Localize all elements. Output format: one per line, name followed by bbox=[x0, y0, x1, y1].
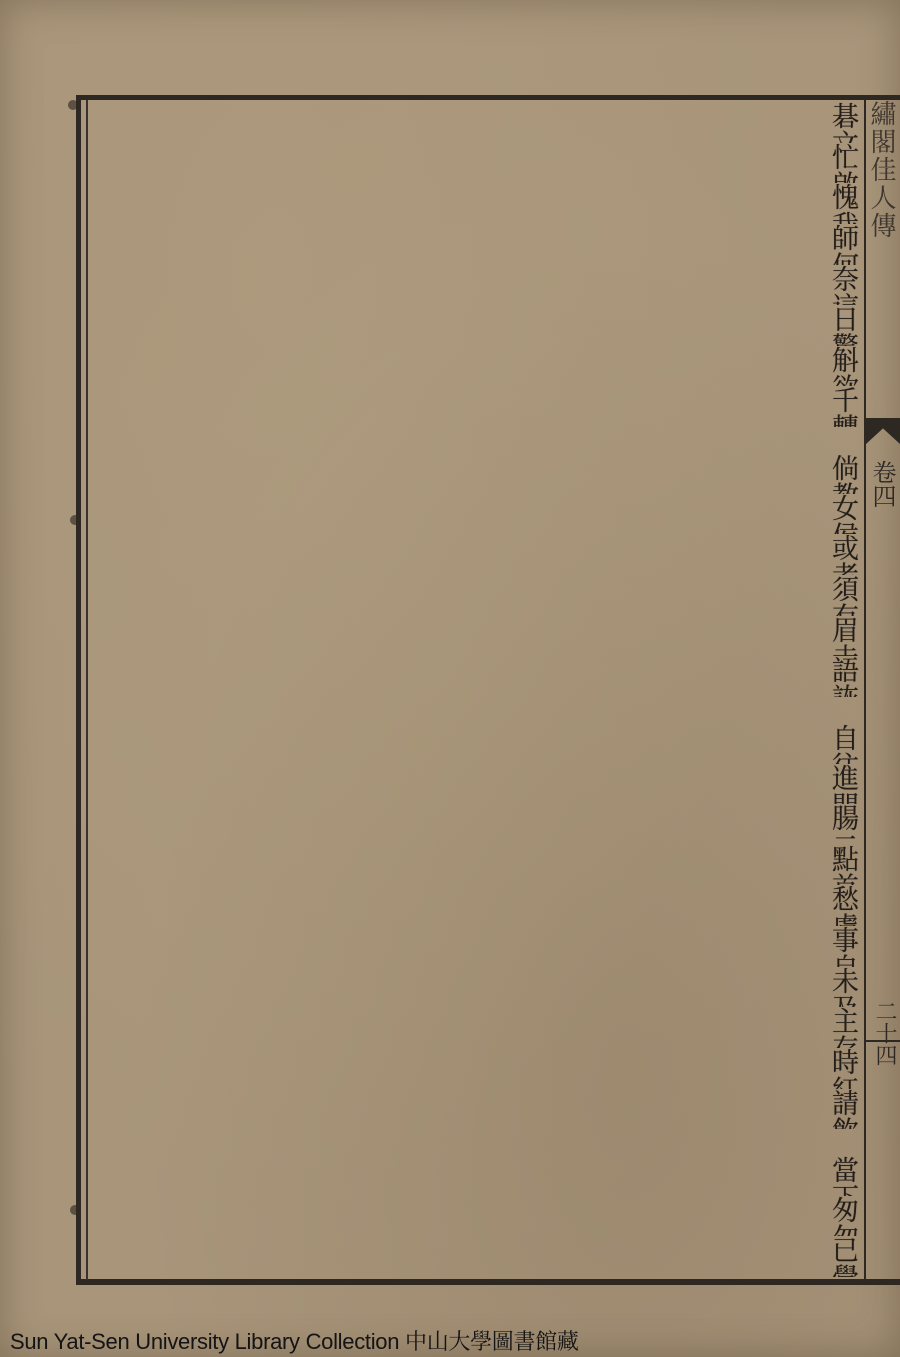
text-column: 進門適值二姨娘探望霞郎也在堂俱各起身忙讓坐女侯便乃問霞郎眠是醒熱和涼二帖方兒可與… bbox=[822, 764, 863, 805]
text-column: 斛欲待留君且少遲恐使純娘生怨憤偏值此孩兒患痘出京師又悲長姊拘因苦釋沉寬早一時成好… bbox=[822, 346, 863, 387]
margin-page-number: 二十四 bbox=[868, 1000, 900, 1066]
text-column: 或者不妨情觀其豐厚非常品未必隨教不長成敢勸你不要過為兒女慮須知夫壻正青春他年豈慮… bbox=[822, 534, 863, 575]
margin-chapter-label: 卷四 bbox=[872, 460, 900, 508]
text-column: 女侯說着鎖眉痕短歎長吁不絕聲煩惱當朝文相國也只得將言委婉勸夫人窮通壽夭天之數無用… bbox=[822, 494, 863, 535]
text-column: 碁文君告退便相辭將身歸到神仙府姜氏千金起接之夫婦牀前同就坐多才詳視美嬌姿玉容不樂… bbox=[822, 102, 863, 143]
main-text-body: 碁文君告退便相辭將身歸到神仙府姜氏千金起接之夫婦牀前同就坐多才詳視美嬌姿玉容不樂… bbox=[92, 102, 862, 1277]
text-column: 時紅粉龐笑道二姨休說了令人觸耳負慚惶於是那衆人掩口齊含笑言論處早聽譙樓更鼓揚幾個… bbox=[822, 1048, 863, 1089]
margin-book-title: 繡閣佳人傳 bbox=[872, 100, 900, 240]
text-column: 當下介眉堂上婢子到來傳命請姑爺郡主二位姨娘便笑說道到底老年人心細作事周到我等因連… bbox=[822, 1129, 863, 1196]
text-column: 未及假爺良鶴思郡主喬粧日妾輩愚蒙不解詳每見他看得霞郎如至寶還只道爺兒天性故恩長那… bbox=[822, 967, 863, 1008]
text-column: 主存心為嫡母因而加意愛霞郎由來這段奇公案只恐人知笑斷腸從古迄今千萬載從未有誰家父… bbox=[822, 1007, 863, 1048]
text-column: 愁慮長這為尊親多重托來晨便可出京邦不能為此行期改幸之休存怨恚腸非是下官無道理宦緣… bbox=[822, 885, 863, 926]
text-column: 請飲瓊觴為因作餞東牀客今夜裏壽母高堂具酒漿 bbox=[822, 1089, 863, 1130]
text-column: 眉未可停准擬來朝須就道豈因幼子悞他人夫人休得愁如此今我前途不放心道罷相窺今長天面… bbox=[822, 616, 863, 657]
banxin-margin bbox=[866, 100, 900, 1280]
page-number-rule bbox=[866, 1040, 900, 1042]
library-watermark: Sun Yat-Sen University Library Collectio… bbox=[10, 1325, 579, 1356]
text-column: 點首正說處篆簾又到美東牀各人相見同歸坐問了問幼子時間否與祥并慰純娘休過慮此兒豐厚… bbox=[822, 845, 863, 886]
text-column: 奈這家中冗雜苦難支正當阿姊蒙寬日不道又巧值霞郎出痘時數召醫看言甚重這其中吉凶參半… bbox=[822, 265, 863, 306]
text-column: 自往棲鸞院中看視霞郎去了 bbox=[822, 697, 863, 764]
text-column: 日驚聞去視之看見慕容賢姊妹十分愁苦淚如絲聲言此子如其失不願為人活在茲准擬娘兒同一… bbox=[822, 305, 863, 346]
text-column: 腸二番湯藥方纔灌不肯吞之吐滿裳啼哭多時今睡去那身上不曾退熱也無妨醫家說是遲遲看得… bbox=[822, 804, 863, 845]
inner-left-rule bbox=[86, 100, 88, 1280]
text-column: 忙啟問夫人何故又如斯可知道下官之假恩君淮封號仙姑旨已施更賜那御祭姜文三代禮一般聖… bbox=[822, 143, 863, 184]
text-column: 語詼諧欠正經說罷回身離坐起便教侍婢點紅燈 bbox=[822, 656, 863, 697]
text-column: 倘教有恁差池却使純娘怎好 bbox=[822, 427, 863, 494]
text-column: 事自可操持代主張更有慈心賢嫡母那心地待兒較我阿爺強丈君當作如斯語到惹得二位姨娘笑… bbox=[822, 926, 863, 967]
text-column: 匆匆來日便要就道妾等餞之不及這却怎處只好就是明晨公具草酌以餞行旌幸之賜光降少霞笑… bbox=[822, 1196, 863, 1237]
text-column: 千轉費籌思只着急枉嗟咨便有良謀無處施更慮霞郎多險症那孩兒君雖不喜妾憐之 bbox=[822, 386, 863, 427]
text-column: 已覺不當怎敢又教二位費心這可多謝了罷 bbox=[822, 1236, 863, 1277]
text-column: 須有望愁什麼芝蘭玉樹不成林夫人若得麒麟種管比霞郎勝幾分請自寬懷休戚戚從來說萬般由… bbox=[822, 575, 863, 616]
text-column: 愧我男兒遜女兒不是得卿賢內佐未必那能儂般優渥聖恩滋芳心悉此須歡悅無用愁煩早主持傳… bbox=[822, 183, 863, 224]
text-column: 師何為不樂猶如此這行徑使我前途掛遠思言罷不禁眉亦蹙玉人當聽一番詞黛痕半斂朱唇啟便… bbox=[822, 224, 863, 265]
